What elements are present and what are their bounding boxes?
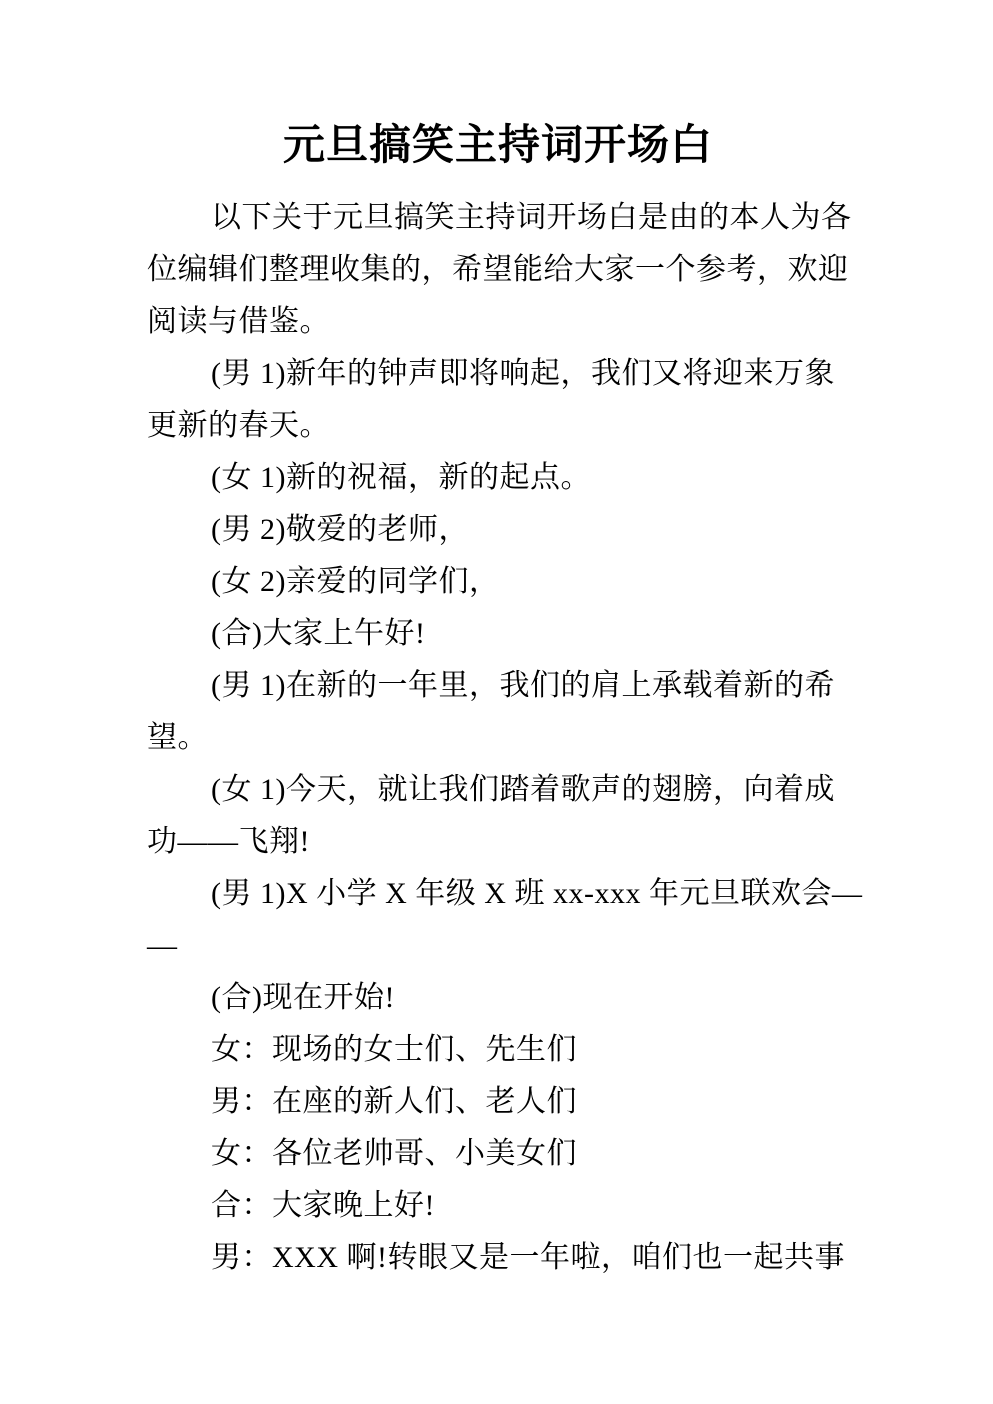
text-line: 合：大家晚上好! <box>147 1180 849 1232</box>
text-line: 望。 <box>147 712 849 764</box>
page-title: 元旦搞笑主持词开场白 <box>147 119 849 171</box>
text-line: (女 1)今天，就让我们踏着歌声的翅膀，向着成 <box>147 764 849 816</box>
text-line: 位编辑们整理收集的，希望能给大家一个参考，欢迎 <box>147 244 849 296</box>
text-line: (女 2)亲爱的同学们， <box>147 556 849 608</box>
text-line: (女 1)新的祝福，新的起点。 <box>147 452 849 504</box>
text-line: 女：各位老帅哥、小美女们 <box>147 1128 849 1180</box>
text-line: 阅读与借鉴。 <box>147 296 849 348</box>
text-line: 以下关于元旦搞笑主持词开场白是由的本人为各 <box>147 192 849 244</box>
text-line: — <box>147 920 849 972</box>
text-line: (合)现在开始! <box>147 972 849 1024</box>
text-line: 男：在座的新人们、老人们 <box>147 1076 849 1128</box>
text-line: (男 2)敬爱的老师， <box>147 504 849 556</box>
text-line: 女：现场的女士们、先生们 <box>147 1024 849 1076</box>
document-page: 元旦搞笑主持词开场白 以下关于元旦搞笑主持词开场白是由的本人为各 位编辑们整理收… <box>0 0 993 1404</box>
text-line: (男 1)X 小学 X 年级 X 班 xx-xxx 年元旦联欢会— <box>147 868 849 920</box>
text-line: 功——飞翔! <box>147 816 849 868</box>
text-line: (男 1)在新的一年里，我们的肩上承载着新的希 <box>147 660 849 712</box>
text-line: 男：XXX 啊!转眼又是一年啦，咱们也一起共事 <box>147 1232 849 1284</box>
document-body: 以下关于元旦搞笑主持词开场白是由的本人为各 位编辑们整理收集的，希望能给大家一个… <box>147 192 849 1284</box>
text-line: (男 1)新年的钟声即将响起，我们又将迎来万象 <box>147 348 849 400</box>
text-line: (合)大家上午好! <box>147 608 849 660</box>
text-line: 更新的春天。 <box>147 400 849 452</box>
